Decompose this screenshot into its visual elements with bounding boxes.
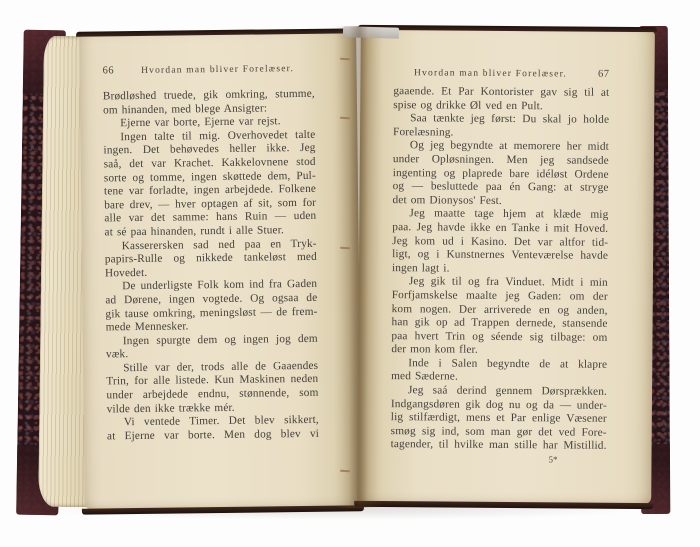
text-line: han gik op ad Trappen dernede, stansende bbox=[391, 316, 607, 331]
text-line: Brødløshed truede, gik omkring, stumme, bbox=[103, 88, 315, 104]
text-line: under arbejdede endnu, stønnende, som bbox=[106, 387, 318, 403]
text-line: at Ejerne var borte. Men dog blev vi bbox=[107, 428, 319, 444]
right-page: Hvordan man bliver Forelæser. 67 gaaende… bbox=[357, 29, 655, 504]
text-line: under Opløsningen. Men jeg sandsede bbox=[393, 153, 609, 168]
left-page-header: 66 Hvordan man bliver Forelæser. bbox=[102, 63, 314, 77]
text-line: og — besluttede paa én Gang: at stryge bbox=[393, 180, 609, 195]
text-line: alle var det samme: hans Ruin — uden bbox=[104, 210, 316, 226]
running-header-left: Hvordan man bliver Forelæser. bbox=[128, 64, 306, 76]
text-line: paa. Jeg havde ikke en Tanke i mit Hoved… bbox=[392, 221, 608, 236]
right-page-header: Hvordan man bliver Forelæser. 67 bbox=[393, 67, 609, 80]
left-page: 66 Hvordan man bliver Forelæser. Brødløs… bbox=[79, 32, 362, 509]
text-line: ligt, og i Kunstnernes Venteværelse havd… bbox=[392, 248, 608, 263]
text-line: Forfjamskelse maalte jeg Gaden: om der bbox=[392, 289, 608, 304]
text-line: Jeg saá derind gennem Dørsprækken. bbox=[391, 384, 607, 399]
text-line: papirs-Rulle og nikkede tankeløst med bbox=[105, 251, 317, 267]
text-line: tagender, til hvilke man stille har Mist… bbox=[391, 439, 607, 454]
page-number-right: 67 bbox=[579, 69, 609, 80]
left-page-text: Brødløshed truede, gik omkring, stumme,o… bbox=[103, 88, 319, 444]
signature-mark: 5* bbox=[390, 453, 606, 465]
text-line: gaaende. Et Par Kontorister gav sig til … bbox=[393, 85, 609, 100]
text-line: gik tause omkring, meningsløst — de frem… bbox=[105, 305, 317, 321]
bookmark-tab bbox=[343, 26, 399, 38]
running-header-right: Hvordan man bliver Forelæser. bbox=[401, 68, 579, 79]
book-photo: 66 Hvordan man bliver Forelæser. Brødløs… bbox=[0, 0, 700, 547]
page-number-left: 66 bbox=[102, 65, 128, 76]
right-page-text: gaaende. Et Par Kontorister gav sig til … bbox=[391, 85, 610, 454]
text-line: Saa tænkte jeg først: Du skal jo holde bbox=[393, 112, 609, 127]
